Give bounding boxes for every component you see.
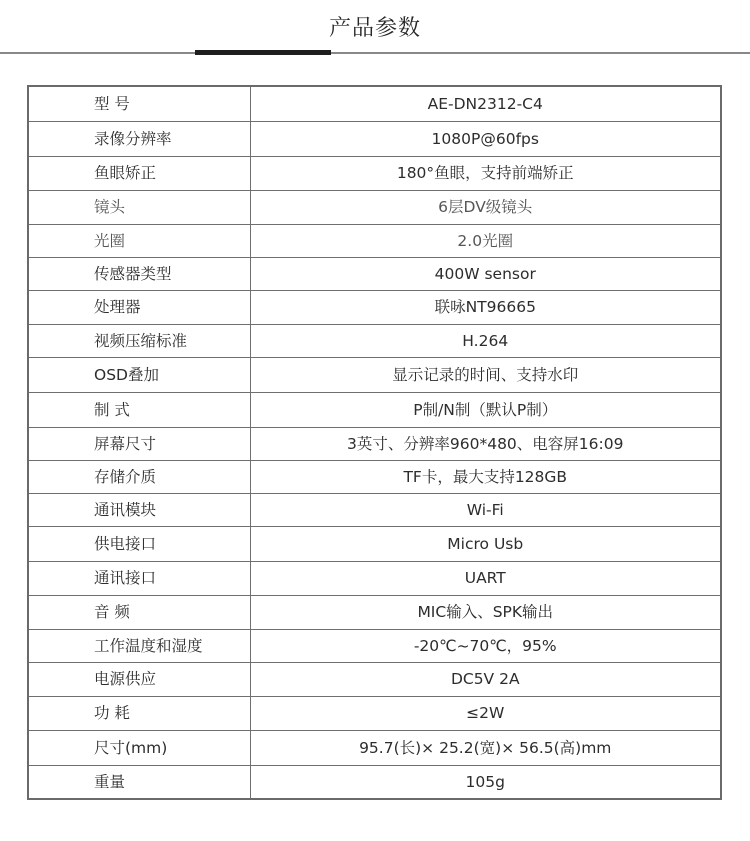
title-divider xyxy=(0,52,750,54)
spec-value: 105g xyxy=(250,765,721,799)
spec-value: Micro Usb xyxy=(250,526,721,561)
table-row: 音 频MIC输入、SPK输出 xyxy=(28,595,721,629)
spec-label: 录像分辨率 xyxy=(28,121,250,156)
spec-label: 电源供应 xyxy=(28,662,250,696)
page-title: 产品参数 xyxy=(0,14,750,44)
spec-value: MIC输入、SPK输出 xyxy=(250,595,721,629)
table-row: 供电接口Micro Usb xyxy=(28,526,721,561)
spec-value: 显示记录的时间、支持水印 xyxy=(250,357,721,392)
spec-value: -20℃~70℃，95% xyxy=(250,629,721,662)
spec-value: DC5V 2A xyxy=(250,662,721,696)
spec-label: 尺寸(mm) xyxy=(28,730,250,765)
table-row: 存储介质TF卡，最大支持128GB xyxy=(28,460,721,493)
table-row: 重量105g xyxy=(28,765,721,799)
spec-label: 供电接口 xyxy=(28,526,250,561)
spec-label: 型 号 xyxy=(28,86,250,121)
table-row: 通讯模块Wi-Fi xyxy=(28,493,721,526)
table-row: 制 式P制/N制（默认P制） xyxy=(28,392,721,427)
table-row: 工作温度和湿度-20℃~70℃，95% xyxy=(28,629,721,662)
spec-label: 通讯接口 xyxy=(28,561,250,595)
spec-value: P制/N制（默认P制） xyxy=(250,392,721,427)
spec-value: 联咏NT96665 xyxy=(250,290,721,324)
spec-value: TF卡，最大支持128GB xyxy=(250,460,721,493)
spec-label: 音 频 xyxy=(28,595,250,629)
table-row: 处理器联咏NT96665 xyxy=(28,290,721,324)
spec-label: 存储介质 xyxy=(28,460,250,493)
table-row: 光圈2.0光圈 xyxy=(28,224,721,257)
table-row: 电源供应DC5V 2A xyxy=(28,662,721,696)
spec-value: AE-DN2312-C4 xyxy=(250,86,721,121)
table-row: 尺寸(mm)95.7(长)× 25.2(宽)× 56.5(高)mm xyxy=(28,730,721,765)
spec-value: 6层DV级镜头 xyxy=(250,190,721,224)
spec-label: 镜头 xyxy=(28,190,250,224)
spec-label: 传感器类型 xyxy=(28,257,250,290)
spec-label: 重量 xyxy=(28,765,250,799)
table-row: 录像分辨率1080P@60fps xyxy=(28,121,721,156)
table-row: 鱼眼矫正180°鱼眼，支持前端矫正 xyxy=(28,156,721,190)
spec-value: Wi-Fi xyxy=(250,493,721,526)
table-row: 镜头6层DV级镜头 xyxy=(28,190,721,224)
title-underline-accent xyxy=(195,50,331,55)
spec-value: H.264 xyxy=(250,324,721,357)
spec-label: 工作温度和湿度 xyxy=(28,629,250,662)
spec-label: 光圈 xyxy=(28,224,250,257)
spec-value: ≤2W xyxy=(250,696,721,730)
spec-value: 180°鱼眼，支持前端矫正 xyxy=(250,156,721,190)
spec-value: UART xyxy=(250,561,721,595)
spec-label: 功 耗 xyxy=(28,696,250,730)
spec-value: 3英寸、分辨率960*480、电容屏16:09 xyxy=(250,427,721,460)
spec-label: 处理器 xyxy=(28,290,250,324)
spec-label: 鱼眼矫正 xyxy=(28,156,250,190)
table-row: 型 号AE-DN2312-C4 xyxy=(28,86,721,121)
spec-value: 400W sensor xyxy=(250,257,721,290)
spec-label: 屏幕尺寸 xyxy=(28,427,250,460)
spec-value: 95.7(长)× 25.2(宽)× 56.5(高)mm xyxy=(250,730,721,765)
table-row: 传感器类型400W sensor xyxy=(28,257,721,290)
spec-value: 1080P@60fps xyxy=(250,121,721,156)
table-row: OSD叠加显示记录的时间、支持水印 xyxy=(28,357,721,392)
spec-label: 视频压缩标准 xyxy=(28,324,250,357)
spec-label: 制 式 xyxy=(28,392,250,427)
spec-label: 通讯模块 xyxy=(28,493,250,526)
spec-label: OSD叠加 xyxy=(28,357,250,392)
table-row: 视频压缩标准H.264 xyxy=(28,324,721,357)
spec-table: 型 号AE-DN2312-C4 录像分辨率1080P@60fps 鱼眼矫正180… xyxy=(27,85,722,800)
table-row: 功 耗≤2W xyxy=(28,696,721,730)
spec-value: 2.0光圈 xyxy=(250,224,721,257)
table-row: 通讯接口UART xyxy=(28,561,721,595)
table-row: 屏幕尺寸3英寸、分辨率960*480、电容屏16:09 xyxy=(28,427,721,460)
